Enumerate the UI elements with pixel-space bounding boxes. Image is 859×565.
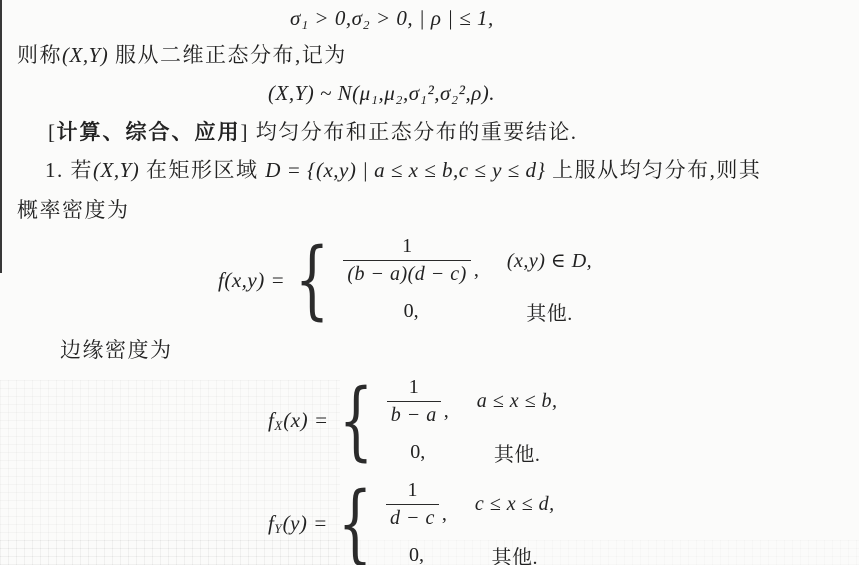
density-intro: 概率密度为 xyxy=(17,197,130,223)
fraction-denominator: (b − a)(d − c) xyxy=(343,261,471,286)
fraction-numerator: 1 xyxy=(386,479,439,505)
left-brace: { xyxy=(338,481,372,565)
bivariate-normal-notation: (X,Y) ~ N(μ₁,μ₂,σ₁²,σ₂²,ρ). xyxy=(268,80,495,106)
uniform-distribution-item: 1. 若(X,Y) 在矩形区域 D = {(x,y) | a ≤ x ≤ b,c… xyxy=(45,157,761,183)
marginal-density-intro: 边缘密度为 xyxy=(60,337,173,363)
fraction-comma: , xyxy=(474,259,479,282)
cases-block: 1 b − a , a ≤ x ≤ b, 0, 其他. xyxy=(387,376,558,467)
marginal-density-y-formula: fY(y) = { 1 d − c , c ≤ x ≤ d, 0, 其他. xyxy=(268,481,555,565)
case-condition-1: c ≤ x ≤ d, xyxy=(475,493,555,516)
formula-lhs: fX(x) = xyxy=(268,408,329,435)
joint-density-formula: f(x,y) = { 1 (b − a)(d − c) , (x,y) ∈ D,… xyxy=(218,234,592,326)
fraction: 1 b − a , xyxy=(387,376,449,427)
fraction: 1 d − c , xyxy=(386,479,447,530)
fraction-denominator: b − a xyxy=(387,402,441,427)
case-value-zero: 0, xyxy=(409,544,424,565)
sigma-conditions-line: σ₁ > 0,σ₂ > 0, | ρ | ≤ 1, xyxy=(290,5,494,31)
fraction-comma: , xyxy=(442,503,447,526)
case-condition-2: 其他. xyxy=(494,438,541,467)
left-brace: { xyxy=(338,378,372,463)
fraction-comma: , xyxy=(444,400,449,423)
fraction-denominator: d − c xyxy=(386,505,439,530)
case-condition-1: (x,y) ∈ D, xyxy=(507,248,592,273)
textbook-page: σ₁ > 0,σ₂ > 0, | ρ | ≤ 1, 则称(X,Y) 服从二维正态… xyxy=(0,0,859,565)
marginal-density-x-formula: fX(x) = { 1 b − a , a ≤ x ≤ b, 0, 其他. xyxy=(268,378,558,464)
case-condition-2: 其他. xyxy=(492,541,539,565)
left-brace: { xyxy=(295,237,329,322)
fraction-numerator: 1 xyxy=(387,376,441,402)
fraction-numerator: 1 xyxy=(343,235,471,261)
case-value-zero: 0, xyxy=(404,300,419,323)
bivariate-normal-intro: 则称(X,Y) 服从二维正态分布,记为 xyxy=(17,42,347,68)
formula-lhs: fY(y) = xyxy=(268,511,328,538)
fraction: 1 (b − a)(d − c) , xyxy=(343,235,479,286)
case-value-zero: 0, xyxy=(410,441,425,464)
case-condition-2: 其他. xyxy=(526,297,573,326)
scan-artifact-left-edge xyxy=(0,0,2,273)
cases-block: 1 d − c , c ≤ x ≤ d, 0, 其他. xyxy=(386,479,555,565)
section-tag-line: [计算、综合、应用] 均匀分布和正态分布的重要结论. xyxy=(48,119,578,145)
cases-block: 1 (b − a)(d − c) , (x,y) ∈ D, 0, 其他. xyxy=(343,235,592,326)
formula-lhs: f(x,y) = xyxy=(218,268,285,293)
case-condition-1: a ≤ x ≤ b, xyxy=(477,390,558,413)
